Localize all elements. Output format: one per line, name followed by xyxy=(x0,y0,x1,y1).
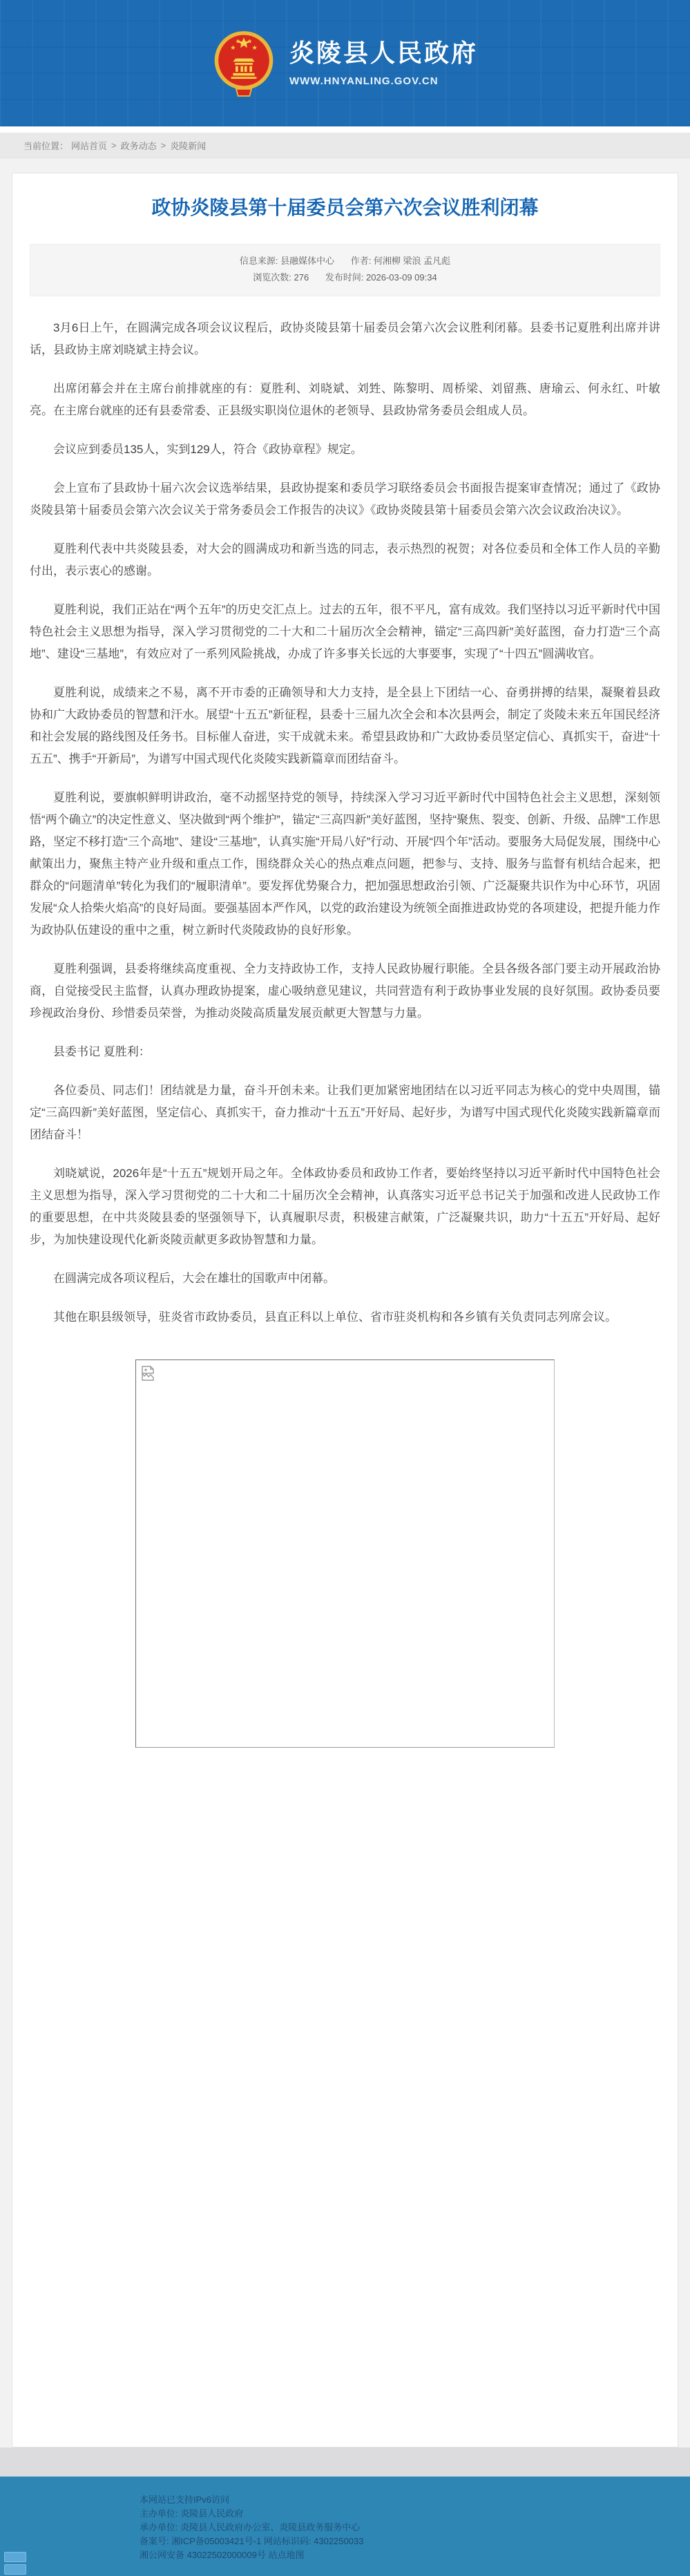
article-paragraph: 3月6日上午，在圆满完成各项会议议程后，政协炎陵县第十届委员会第六次会议胜利闭幕… xyxy=(30,317,660,361)
article-paragraph: 夏胜利说，我们正站在“两个五年”的历史交汇点上。过去的五年，很不平凡，富有成效。… xyxy=(30,599,660,665)
corner-widget-icon[interactable] xyxy=(4,2552,26,2562)
article-paragraph: 会上宣布了县政协十届六次会议选举结果，县政协提案和委员学习联络委员会书面报告提案… xyxy=(30,477,660,522)
header-gap xyxy=(0,126,690,133)
article-container: 政协炎陵县第十届委员会第六次会议胜利闭幕 信息来源: 县融媒体中心 作者: 何湘… xyxy=(12,173,678,2448)
site-header: 炎陵县人民政府 WWW.HNYANLING.GOV.CN xyxy=(0,0,690,126)
site-footer: 本网站已支持IPv6访问 主办单位: 炎陵县人民政府 承办单位: 炎陵县人民政府… xyxy=(0,2477,690,2576)
article-meta-line1: 信息来源: 县融媒体中心 作者: 何湘柳 梁浪 孟凡彪 xyxy=(30,253,660,269)
breadcrumb-section-link[interactable]: 政务动态 xyxy=(121,139,157,152)
article-paragraph: 会议应到委员135人，实到129人，符合《政协章程》规定。 xyxy=(30,439,660,461)
article-paragraph: 夏胜利说，要旗帜鲜明讲政治，毫不动摇坚持党的领导，持续深入学习习近平新时代中国特… xyxy=(30,787,660,942)
article-paragraph: 在圆满完成各项议程后，大会在雄壮的国歌声中闭幕。 xyxy=(30,1268,660,1290)
breadcrumb-label: 当前位置： xyxy=(23,139,68,152)
breadcrumb: 当前位置： 网站首页 > 政务动态 > 炎陵新闻 xyxy=(0,133,690,158)
article-paragraph: 县委书记 夏胜利： xyxy=(30,1041,660,1063)
corner-widget-icon[interactable] xyxy=(4,2564,26,2575)
breadcrumb-current-link[interactable]: 炎陵新闻 xyxy=(170,139,206,152)
article-paragraph: 夏胜利代表中共炎陵县委，对大会的圆满成功和新当选的同志，表示热烈的祝贺；对各位委… xyxy=(30,538,660,582)
footer-sitemap-link[interactable]: 站点地图 xyxy=(268,2550,304,2560)
footer-organizer: 承办单位: 炎陵县人民政府办公室、炎陵县政务服务中心 xyxy=(140,2521,690,2535)
article-paragraph: 夏胜利强调，县委将继续高度重视、全力支持政协工作，支持人民政协履行职能。全县各级… xyxy=(30,958,660,1024)
site-brand[interactable]: 炎陵县人民政府 WWW.HNYANLING.GOV.CN xyxy=(212,28,478,99)
breadcrumb-separator: > xyxy=(161,140,166,151)
footer-ipv6: 本网站已支持IPv6访问 xyxy=(140,2493,690,2507)
brand-text: 炎陵县人民政府 WWW.HNYANLING.GOV.CN xyxy=(289,39,478,87)
site-title: 炎陵县人民政府 xyxy=(289,39,478,67)
article-body: 3月6日上午，在圆满完成各项会议议程后，政协炎陵县第十届委员会第六次会议胜利闭幕… xyxy=(30,317,660,1328)
meta-views: 浏览次数: 276 xyxy=(253,272,309,283)
article-meta-line2: 浏览次数: 276 发布时间: 2026-03-09 09:34 xyxy=(30,269,660,286)
breadcrumb-home-link[interactable]: 网站首页 xyxy=(71,139,107,152)
article-paragraph: 夏胜利说，成绩来之不易，离不开市委的正确领导和大力支持，是全县上下团结一心、奋勇… xyxy=(30,682,660,770)
article-paragraph: 出席闭幕会并在主席台前排就座的有：夏胜利、刘晓斌、刘甡、陈黎明、周桥梁、刘留燕、… xyxy=(30,378,660,422)
page: { "header": { "site_name": "炎陵县人民政府", "s… xyxy=(0,0,690,2576)
article-meta: 信息来源: 县融媒体中心 作者: 何湘柳 梁浪 孟凡彪 浏览次数: 276 发布… xyxy=(30,244,660,296)
breadcrumb-separator: > xyxy=(111,140,117,151)
meta-author: 作者: 何湘柳 梁浪 孟凡彪 xyxy=(351,256,450,266)
article-title: 政协炎陵县第十届委员会第六次会议胜利闭幕 xyxy=(37,194,653,222)
footer-host: 主办单位: 炎陵县人民政府 xyxy=(140,2507,690,2521)
meta-source: 信息来源: 县融媒体中心 xyxy=(240,256,334,266)
pre-footer-band xyxy=(0,2448,690,2477)
footer-security-badge: 湘公网安备 43022502000009号 xyxy=(140,2550,266,2560)
national-emblem-icon xyxy=(212,28,276,99)
article-paragraph: 刘晓斌说，2026年是“十五五”规划开局之年。全体政协委员和政协工作者，要始终坚… xyxy=(30,1163,660,1251)
meta-publish-time: 发布时间: 2026-03-09 09:34 xyxy=(325,272,437,283)
article-image-placeholder xyxy=(135,1359,555,1748)
article-paragraph: 其他在职县级领导，驻炎省市政协委员，县直正科以上单位、省市驻炎机构和各乡镇有关负… xyxy=(30,1306,660,1328)
corner-widgets xyxy=(4,2550,26,2575)
site-url: WWW.HNYANLING.GOV.CN xyxy=(289,75,478,87)
article-paragraph: 各位委员、同志们！团结就是力量，奋斗开创未来。让我们更加紧密地团结在以习近平同志… xyxy=(30,1080,660,1146)
broken-image-icon xyxy=(142,1366,154,1381)
footer-security-line: 湘公网安备 43022502000009号 站点地图 xyxy=(140,2548,690,2562)
footer-icp: 备案号: 湘ICP备05003421号-1 网站标识码: 4302250033 xyxy=(140,2535,690,2548)
